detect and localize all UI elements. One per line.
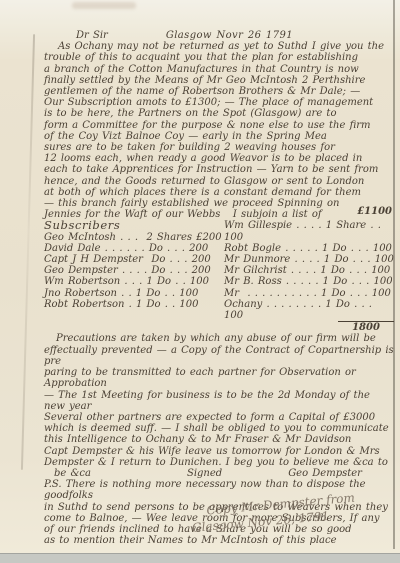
letter-heading: Dr Sir Glasgow Novr 26 1791 [44, 30, 394, 41]
subscriber-row: Mr Gilchrist . . . . 1 Do . . . 100 [224, 265, 394, 276]
letter-line: each to take Apprentices for Instruction… [44, 164, 394, 175]
dateline: Glasgow Novr 26 1791 [166, 30, 293, 41]
closing-etc: be &ca [54, 468, 91, 479]
subscriber-row: Geo Dempster . . . . Do . . . 200 [44, 265, 224, 276]
subscriber-row: Mr B. Ross . . . . . 1 Do . . . 100 [224, 276, 394, 287]
subscribers-left-rows: Geo McIntosh . . . 2 Shares £200David Da… [44, 232, 224, 310]
subscribers-right-column: Wm Gillespie . . . . 1 Share . . 100Robt… [224, 220, 394, 333]
letter-line: Jennies for the Waft of our Webbs I subj… [44, 209, 394, 220]
letter-line: is to be here, the Partners on the Spot … [44, 108, 394, 119]
subscriber-row: David Dale . . . . . . Do . . . 200 [44, 243, 224, 254]
letter-line: effectually prevented — a Copy of the Co… [44, 345, 394, 367]
subscriber-row: Mr Dunmore . . . . 1 Do . . . 100 [224, 254, 394, 265]
subscribers-carry-total: £1100 [357, 206, 392, 217]
letter-line: at both of which places there is a const… [44, 187, 394, 198]
scan-background: Dr Sir Glasgow Novr 26 1791 As Ochany ma… [0, 0, 400, 563]
signature: Geo Dempster [288, 468, 362, 479]
letter-line: which is deemed suff. — I shall be oblig… [44, 423, 394, 434]
subscriber-row: Mr . . . . . . . . . . 1 Do . . . 100 [224, 288, 394, 299]
letter-line: gentlemen of the name of Robertson Broth… [44, 86, 394, 97]
subscriber-row: Robt Bogle . . . . . 1 Do . . . 100 [224, 243, 394, 254]
letter-line: Several other partners are expected to f… [44, 412, 394, 423]
letter-line: of the Coy Vizt Balnoe Coy — early in th… [44, 131, 394, 142]
closing-line: be &ca Signed Geo Dempster [44, 468, 394, 479]
letter-line: trouble of this to acquaint you that the… [44, 52, 394, 63]
subscribers-total: 1800 [338, 321, 394, 333]
letter-body: Dr Sir Glasgow Novr 26 1791 As Ochany ma… [44, 30, 394, 546]
subscribers-list: Subscribers Geo McIntosh . . . 2 Shares … [44, 220, 394, 333]
opening-paragraph: As Ochany may not be returned as yet to … [44, 41, 394, 220]
scanner-bed-strip [0, 553, 400, 563]
subscriber-row: Wm Gillespie . . . . 1 Share . . 100 [224, 220, 394, 242]
letter-line: form a Committee for the purpose & none … [44, 120, 394, 131]
show-through-smudge [72, 2, 136, 9]
letter-line: a branch of the Cotton Manufactures in t… [44, 64, 394, 75]
letter-line: Precautions are taken by which any abuse… [44, 333, 394, 344]
subscribers-left-column: Subscribers Geo McIntosh . . . 2 Shares … [44, 220, 224, 333]
subscribers-heading: Subscribers [44, 220, 224, 231]
letter-line: finally settled by the Means of Mr Geo M… [44, 75, 394, 86]
letter-line: 12 looms each, when ready a good Weavor … [44, 153, 394, 164]
second-paragraph: Precautions are taken by which any abuse… [44, 333, 394, 467]
letter-line: — this branch fairly established we proc… [44, 198, 394, 209]
subscribers-right-rows: Wm Gillespie . . . . 1 Share . . 100Robt… [224, 220, 394, 321]
letter-line: Our Subscription amots to £1300; — The p… [44, 97, 394, 108]
letter-line: — The 1st Meeting for business is to be … [44, 390, 394, 412]
subscriber-row: Capt J H Dempster Do . . . 200 [44, 254, 224, 265]
letter-line: paring to be transmitted to each partner… [44, 367, 394, 389]
letter-line: sures are to be taken for building 2 wea… [44, 142, 394, 153]
subscriber-row: Ochany . . . . . . . . 1 Do . . . 100 [224, 299, 394, 321]
letter-line: this Intelligence to Ochany & to Mr Fras… [44, 434, 394, 445]
letter-line: As Ochany may not be returned as yet to … [44, 41, 394, 52]
letter-line: Capt Dempster & his Wife leave us tomorr… [44, 446, 394, 457]
letter-line: as to mention their Names to Mr McIntosh… [44, 535, 394, 546]
subscriber-row: Robt Robertson . 1 Do . . 100 [44, 299, 224, 310]
subscriber-row: Geo McIntosh . . . 2 Shares £200 [44, 232, 224, 243]
subscriber-row: Jno Robertson . . 1 Do . . 100 [44, 288, 224, 299]
letter-line: hence, and the Goods returned to Glasgow… [44, 176, 394, 187]
salutation: Dr Sir [76, 30, 108, 41]
letter-line: Dempster & I return to Dunichen. I beg y… [44, 457, 394, 468]
subscriber-row: Wm Robertson . . . 1 Do . . 100 [44, 276, 224, 287]
signed-label: Signed [187, 468, 222, 479]
